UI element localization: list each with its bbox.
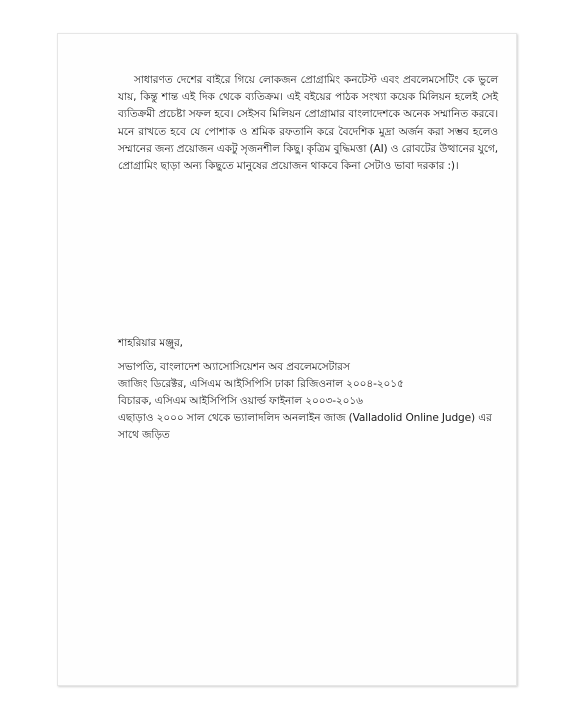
- author-credentials: সভাপতি, বাংলাদেশ অ্যাসোসিয়েশন অব প্রবলে…: [118, 359, 498, 444]
- body-paragraph: সাধারণত দেশের বাইরে গিয়ে লোকজন প্রোগ্রা…: [118, 72, 498, 175]
- credential-line: সভাপতি, বাংলাদেশ অ্যাসোসিয়েশন অব প্রবলে…: [118, 359, 498, 376]
- credential-line: জাজিং ডিরেক্টর, এসিএম আইসিপিসি ঢাকা রিজি…: [118, 376, 498, 393]
- credential-line: এছাড়াও ২০০০ সাল থেকে ভ্যালাদলিদ অনলাইন …: [118, 410, 498, 444]
- author-signature: শাহরিয়ার মঞ্জুর,: [118, 335, 498, 352]
- credential-line: বিচারক, এসিএম আইসিপিসি ওয়ার্ল্ড ফাইনাল …: [118, 393, 498, 410]
- document-page: সাধারণত দেশের বাইরে গিয়ে লোকজন প্রোগ্রা…: [57, 33, 517, 686]
